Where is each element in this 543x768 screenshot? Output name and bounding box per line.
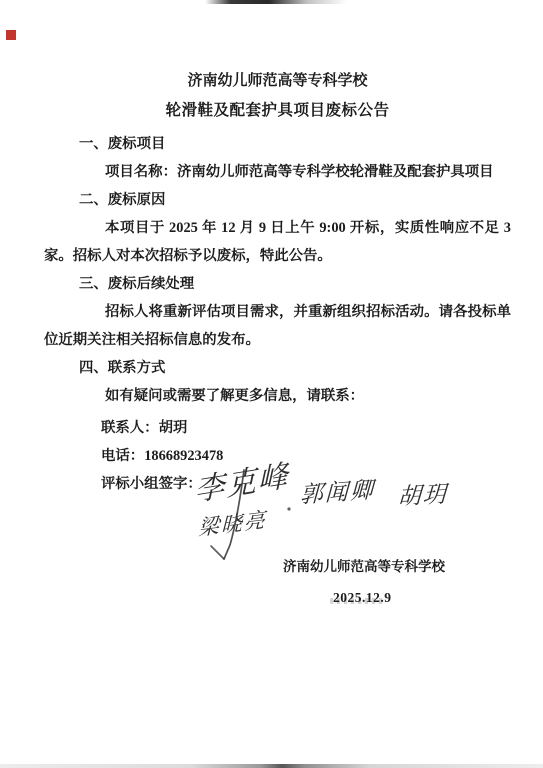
footer-date: 2025.12.9: [333, 584, 392, 612]
bottom-edge-scan-smudge: [0, 764, 543, 768]
document-title-line2: 轮滑鞋及配套护具项目废标公告: [44, 96, 511, 126]
contact-person-line: 联系人：胡玥: [44, 414, 511, 442]
contact-phone-label: 电话：: [101, 448, 144, 464]
section-heading-1: 一、废标项目: [79, 130, 511, 158]
section-3-paragraph: 招标人将重新评估项目需求，并重新组织招标活动。请各投标单位近期关注相关招标信息的…: [44, 298, 511, 354]
section-heading-2: 二、废标原因: [79, 186, 511, 214]
section-2-paragraph: 本项目于 2025 年 12 月 9 日上午 9:00 开标，实质性响应不足 3…: [44, 214, 511, 270]
document-title-line1: 济南幼儿师范高等专科学校: [44, 66, 511, 96]
section-heading-3: 三、废标后续处理: [79, 270, 511, 298]
contact-person-label: 联系人：: [101, 420, 159, 436]
scanned-document-page: 济南幼儿师范高等专科学校 轮滑鞋及配套护具项目废标公告 一、废标项目 项目名称：…: [0, 0, 543, 768]
contact-person-name: 胡玥: [159, 420, 188, 436]
footer-organization: 济南幼儿师范高等专科学校: [283, 553, 453, 581]
document-body: 济南幼儿师范高等专科学校 轮滑鞋及配套护具项目废标公告 一、废标项目 项目名称：…: [44, 66, 511, 498]
handwritten-signature-4: 梁晓亮: [198, 504, 267, 543]
section-4-paragraph: 如有疑问或需要了解更多信息，请联系：: [44, 382, 511, 410]
handwritten-signature-3: 胡玥: [397, 476, 449, 512]
section-1-paragraph: 项目名称：济南幼儿师范高等专科学校轮滑鞋及配套护具项目: [44, 158, 511, 186]
signature-label: 评标小组签字：: [101, 476, 202, 492]
handwritten-signature-2: 郭闻卿: [300, 471, 376, 509]
section-heading-4: 四、联系方式: [79, 354, 511, 382]
red-marker-artifact: [6, 30, 16, 40]
top-edge-scan-smudge: [205, 0, 347, 4]
